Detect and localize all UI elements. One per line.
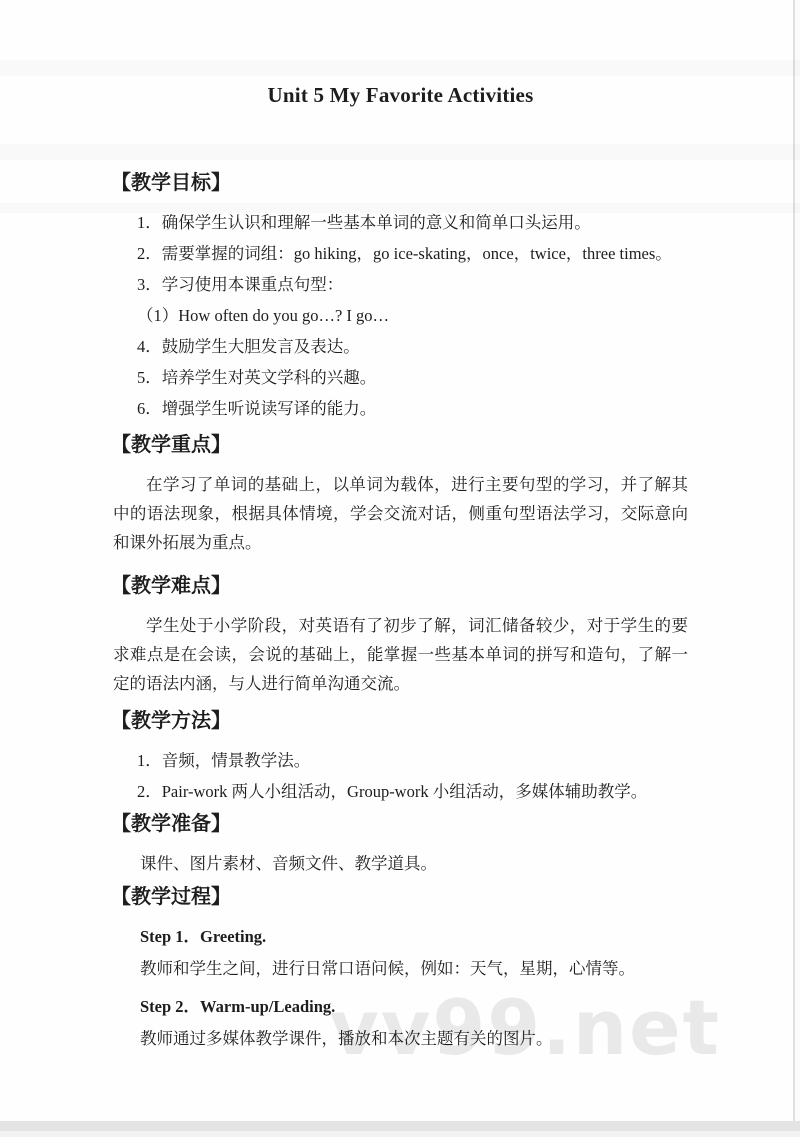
section-paragraph: 在学习了单词的基础上，以单词为载体，进行主要句型的学习，并了解其中的语法现象，根… xyxy=(113,470,688,557)
section-heading: 【教学过程】 xyxy=(111,884,688,910)
bottom-page-edge xyxy=(0,1121,800,1131)
section-teaching-methods: 【教学方法】 1．音频，情景教学法。 2．Pair-work 两人小组活动，Gr… xyxy=(113,708,688,807)
list-item: 2．需要掌握的词组：go hiking，go ice-skating，once，… xyxy=(113,239,688,269)
document-title: Unit 5 My Favorite Activities xyxy=(113,0,688,108)
section-heading: 【教学重点】 xyxy=(111,432,688,458)
step-label: Step 2．Warm-up/Leading. xyxy=(113,992,688,1022)
list-item: （1）How often do you go…? I go… xyxy=(113,301,688,331)
section-heading: 【教学准备】 xyxy=(111,811,688,837)
bottom-page-edge-light xyxy=(0,1131,800,1137)
section-teaching-process: 【教学过程】 Step 1．Greeting. 教师和学生之间，进行日常口语问候… xyxy=(113,884,688,1054)
section-teaching-difficulties: 【教学难点】 学生处于小学阶段，对英语有了初步了解，词汇储备较少，对于学生的要求… xyxy=(113,573,688,698)
section-teaching-focus: 【教学重点】 在学习了单词的基础上，以单词为载体，进行主要句型的学习，并了解其中… xyxy=(113,432,688,557)
section-heading: 【教学方法】 xyxy=(111,708,688,734)
section-paragraph: 课件、图片素材、音频文件、教学道具。 xyxy=(113,849,688,878)
section-paragraph: 学生处于小学阶段，对英语有了初步了解，词汇储备较少，对于学生的要求难点是在会读，… xyxy=(113,611,688,698)
section-heading: 【教学目标】 xyxy=(111,170,688,196)
list-item: 6．增强学生听说读写译的能力。 xyxy=(113,394,688,424)
list-item: 2．Pair-work 两人小组活动，Group-work 小组活动，多媒体辅助… xyxy=(113,777,688,807)
section-teaching-objectives: 【教学目标】 1．确保学生认识和理解一些基本单词的意义和简单口头运用。 2．需要… xyxy=(113,170,688,424)
step-label: Step 1．Greeting. xyxy=(113,922,688,952)
list-item: 1．确保学生认识和理解一些基本单词的意义和简单口头运用。 xyxy=(113,208,688,238)
section-teaching-preparation: 【教学准备】 课件、图片素材、音频文件、教学道具。 xyxy=(113,811,688,878)
document-viewport: vv99.net Unit 5 My Favorite Activities 【… xyxy=(0,0,800,1137)
methods-list: 1．音频，情景教学法。 2．Pair-work 两人小组活动，Group-wor… xyxy=(113,746,688,807)
section-heading: 【教学难点】 xyxy=(111,573,688,599)
list-item: 1．音频，情景教学法。 xyxy=(113,746,688,776)
list-item: 4．鼓励学生大胆发言及表达。 xyxy=(113,332,688,362)
objectives-list: 1．确保学生认识和理解一些基本单词的意义和简单口头运用。 2．需要掌握的词组：g… xyxy=(113,208,688,424)
list-item: 3．学习使用本课重点句型： xyxy=(113,270,688,300)
page-content: Unit 5 My Favorite Activities 【教学目标】 1．确… xyxy=(113,0,688,1054)
step-text: 教师和学生之间，进行日常口语问候，例如：天气，星期，心情等。 xyxy=(113,954,688,984)
list-item: 5．培养学生对英文学科的兴趣。 xyxy=(113,363,688,393)
step-text: 教师通过多媒体教学课件，播放和本次主题有关的图片。 xyxy=(113,1024,688,1054)
document-page: vv99.net Unit 5 My Favorite Activities 【… xyxy=(0,0,795,1121)
